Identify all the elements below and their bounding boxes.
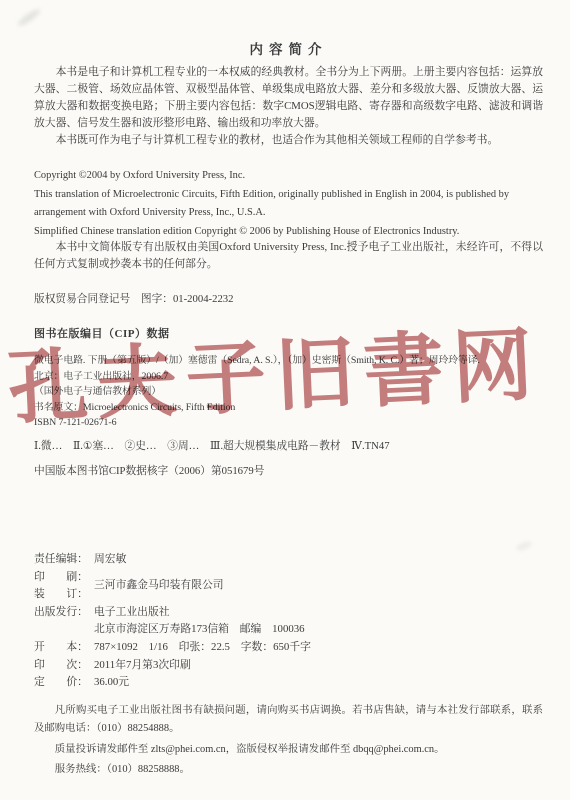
format-value: 787×1092 1/16 印张：22.5 字数：650千字 xyxy=(94,639,543,657)
copyright-block: Copyright ©2004 by Oxford University Pre… xyxy=(34,167,543,241)
price-value: 36.00元 xyxy=(94,674,543,692)
book-copyright-page: 内容简介 本书是电子和计算机工程专业的一本权威的经典教材。全书分为上下两册。上册… xyxy=(0,0,570,800)
impression-value: 2011年7月第3次印刷 xyxy=(94,657,543,675)
notice-line-1: 凡所购买电子工业出版社图书有缺损问题，请向购买书店调换。若书店售缺，请与本社发行… xyxy=(34,702,543,739)
publisher-address-line: 北京市海淀区万寿路173信箱 邮编 100036 xyxy=(34,621,543,639)
cip-entry-block: 微电子电路. 下册（第五版）/（加）塞德雷（Sedra, A. S.），（加）史… xyxy=(34,353,543,431)
cip-heading: 图书在版编目（CIP）数据 xyxy=(34,325,543,341)
chinese-rights-text: 本书中文简体版专有出版权由美国Oxford University Press, … xyxy=(34,239,543,272)
registration-number-line: 版权贸易合同登记号 图字：01-2004-2232 xyxy=(34,291,543,306)
cip-isbn-line: ISBN 7-121-02671-6 xyxy=(34,415,543,431)
copyright-line-2: This translation of Microelectronic Circ… xyxy=(34,186,543,223)
chinese-rights-statement: 本书中文简体版专有出版权由美国Oxford University Press, … xyxy=(34,239,543,272)
cip-entry-line-4: 书名原文：Microelectronics Circuits, Fifth Ed… xyxy=(34,400,543,416)
cip-entry-line-2: 北京：电子工业出版社，2006.7 xyxy=(34,369,543,385)
publisher-label: 出版发行： xyxy=(34,604,94,622)
publication-info-block: 责任编辑： 周宏敏 印 刷： 装 订： 三河市鑫金马印装有限公司 出版发行： 电… xyxy=(34,551,543,692)
content-summary-block: 本书是电子和计算机工程专业的一本权威的经典教材。全书分为上下两册。上册主要内容包… xyxy=(34,64,543,149)
printing-binding-group: 印 刷： 装 订： 三河市鑫金马印装有限公司 xyxy=(34,569,543,604)
printer-company-value: 三河市鑫金马印装有限公司 xyxy=(94,577,224,595)
cip-record-number-line: 中国版本图书馆CIP数据核字（2006）第051679号 xyxy=(34,463,543,478)
cip-entry-line-1: 微电子电路. 下册（第五版）/（加）塞德雷（Sedra, A. S.），（加）史… xyxy=(34,353,543,369)
purchase-notice-block: 凡所购买电子工业出版社图书有缺损问题，请向购买书店调换。若书店售缺，请与本社发行… xyxy=(34,702,543,780)
editor-label: 责任编辑： xyxy=(34,551,94,569)
scan-smudge-top-left xyxy=(16,7,41,28)
price-row: 定 价： 36.00元 xyxy=(34,674,543,692)
content-summary-title: 内容简介 xyxy=(34,38,543,58)
cip-entry-line-3: （国外电子与通信教材系列） xyxy=(34,384,543,400)
impression-label: 印 次： xyxy=(34,657,94,675)
summary-paragraph-1: 本书是电子和计算机工程专业的一本权威的经典教材。全书分为上下两册。上册主要内容包… xyxy=(34,64,543,132)
editor-row: 责任编辑： 周宏敏 xyxy=(34,551,543,569)
publisher-row: 出版发行： 电子工业出版社 xyxy=(34,604,543,622)
impression-row: 印 次： 2011年7月第3次印刷 xyxy=(34,657,543,675)
scan-smudge-right xyxy=(515,540,532,551)
format-label: 开 本： xyxy=(34,639,94,657)
printing-binding-labels: 印 刷： 装 订： xyxy=(34,569,94,604)
binding-label: 装 订： xyxy=(34,586,94,604)
notice-line-2: 质量投诉请发邮件至 zlts@phei.com.cn，盗版侵权举报请发邮件至 d… xyxy=(34,741,543,759)
copyright-line-1: Copyright ©2004 by Oxford University Pre… xyxy=(34,167,543,186)
summary-paragraph-2: 本书既可作为电子与计算机工程专业的教材，也适合作为其他相关领域工程师的自学参考书… xyxy=(34,132,543,149)
printing-label: 印 刷： xyxy=(34,569,94,587)
publisher-value: 电子工业出版社 xyxy=(94,604,543,622)
price-label: 定 价： xyxy=(34,674,94,692)
cip-classification-line: Ⅰ.微… Ⅱ.①塞… ②史… ③周… Ⅲ.超大规模集成电路－教材 Ⅳ.TN47 xyxy=(34,438,543,453)
editor-value: 周宏敏 xyxy=(94,551,543,569)
notice-line-3: 服务热线：（010）88258888。 xyxy=(34,761,543,779)
format-row: 开 本： 787×1092 1/16 印张：22.5 字数：650千字 xyxy=(34,639,543,657)
